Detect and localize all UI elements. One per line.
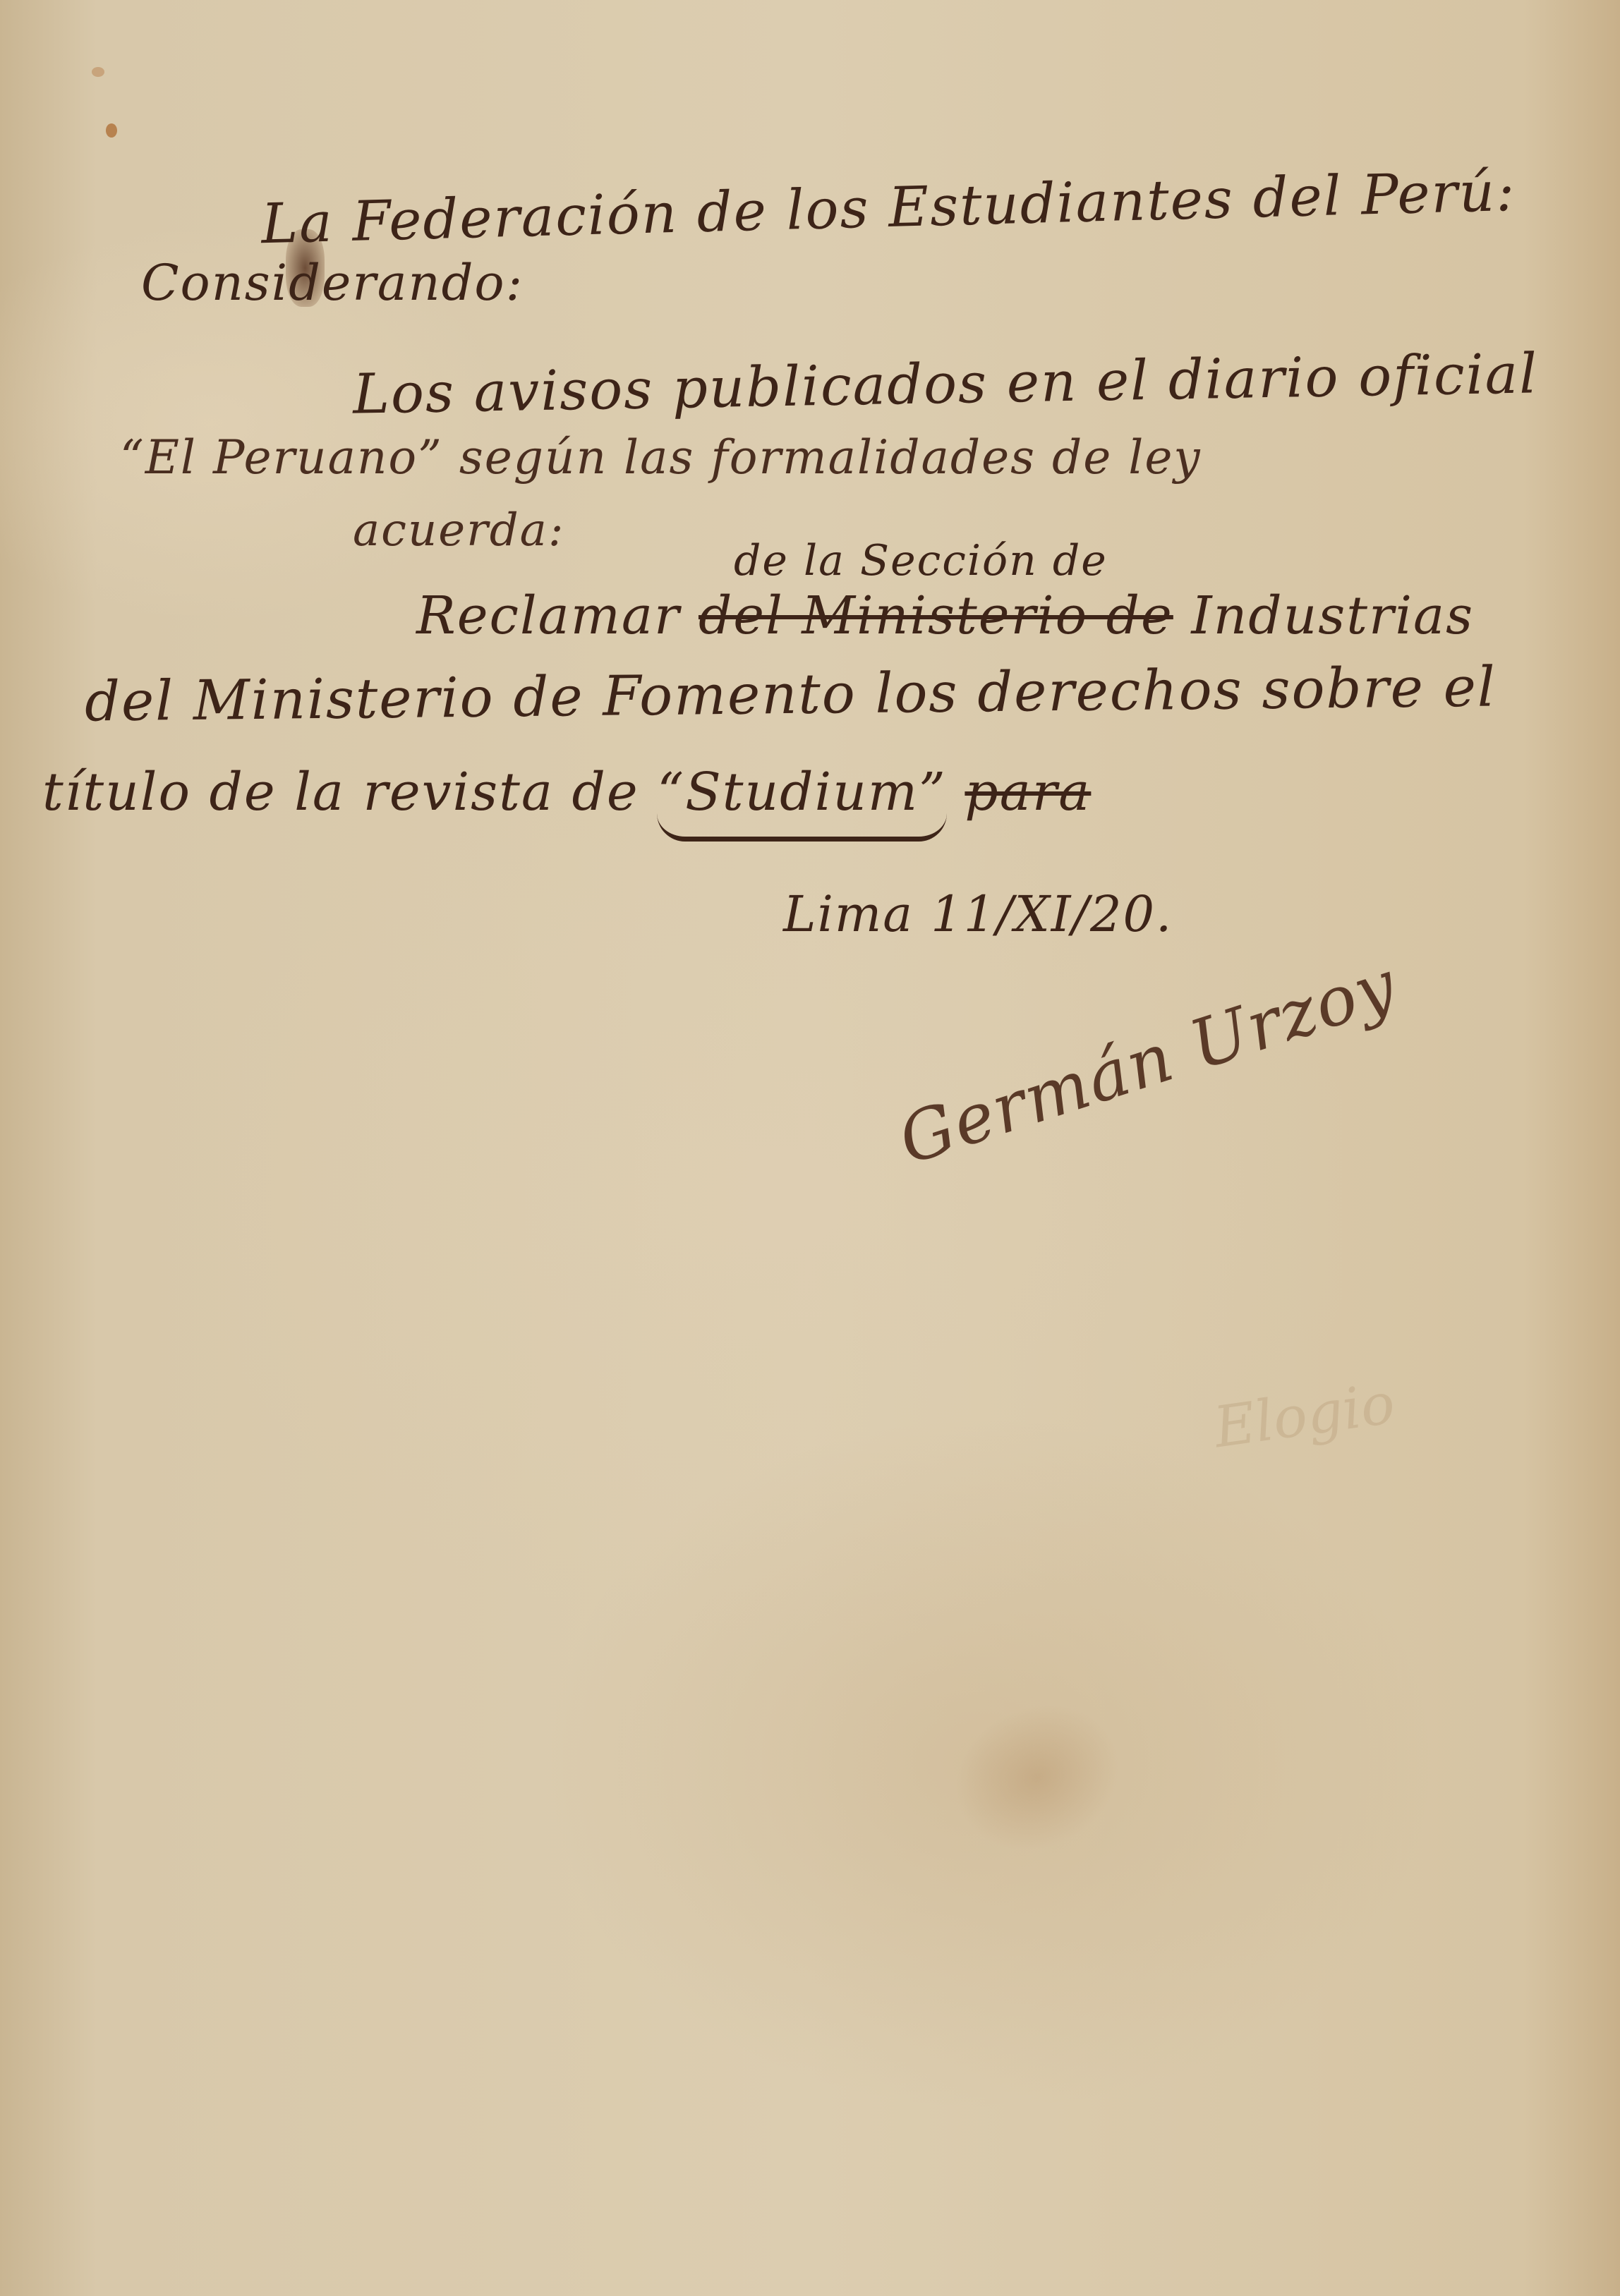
considerando-line-2: “El Peruano” según las formalidades de l… <box>120 430 1202 485</box>
considerando-label: Considerando: <box>141 254 524 312</box>
resolution-line-2: del Ministerio de Fomento los derechos s… <box>85 656 1497 734</box>
struck-text: para <box>965 762 1091 822</box>
resolution-verb: Reclamar <box>416 585 680 646</box>
place-date: Lima 11/XI/20. <box>783 885 1173 943</box>
resolution-line-1: Reclamar del Ministerio de Industrias <box>416 585 1474 646</box>
show-through-text: Elogio <box>1210 1371 1399 1461</box>
water-stain <box>931 1678 1144 1878</box>
insertion-above: de la Sección de <box>734 536 1108 585</box>
resolution-industrias: Industrias <box>1191 585 1474 646</box>
resolution-line-3-start: título de la revista de <box>42 762 639 822</box>
struck-text: del Ministerio de <box>699 585 1173 646</box>
resolution-line-3: título de la revista de “Studium” para <box>42 762 1091 822</box>
paper-spot <box>92 67 104 77</box>
considerando-line-1: Los avisos publicados en el diario ofici… <box>352 342 1538 426</box>
acuerda-label: acuerda: <box>353 504 564 557</box>
heading: La Federación de los Estudiantes del Per… <box>260 160 1516 257</box>
signature: Germán Urzoy <box>890 944 1406 1179</box>
magazine-title: “Studium” <box>657 762 947 842</box>
manuscript-page: Elogio La Federación de los Estudiantes … <box>0 0 1620 2296</box>
paper-spot <box>106 123 117 138</box>
